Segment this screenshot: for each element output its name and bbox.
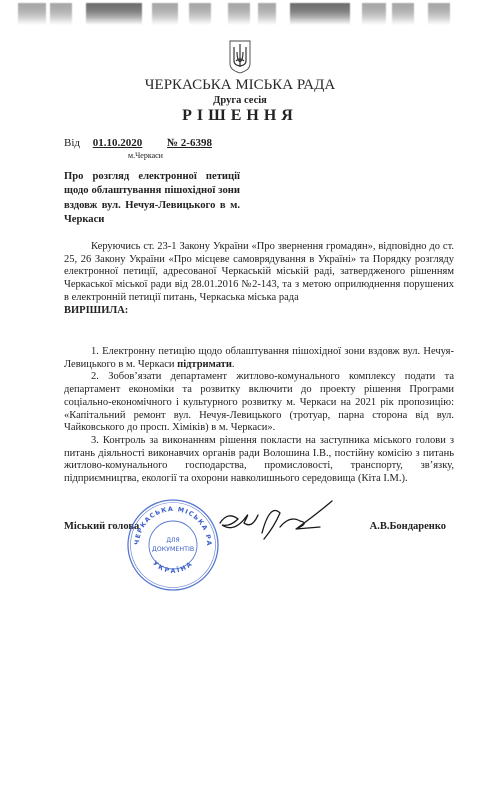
handwritten-signature [200,493,340,543]
from-label: Від [64,137,80,149]
decision-items: 1. Електронну петицію щодо облаштування … [64,346,454,486]
preamble-block: Керуючись ст. 23-1 Закону України «Про з… [64,241,454,317]
support-verdict: підтримати [177,359,232,370]
svg-text:УКРАЇНА: УКРАЇНА [151,560,195,575]
document-header: ЧЕРКАСЬКА МІСЬКА РАДА Друга сесія РІШЕНН… [0,40,480,125]
resolved-label: ВИРІШИЛА: [64,305,454,318]
signatory-name: А.В.Бондаренко [370,521,446,532]
city-label: м.Черкаси [128,151,163,160]
decision-item-3: 3. Контроль за виконанням рішення поклас… [64,435,454,486]
document-number: № 2-6398 [167,137,212,149]
svg-text:ДЛЯ: ДЛЯ [166,537,179,544]
decision-item-2: 2. Зобов’язати департамент житлово-комун… [64,371,454,435]
document-date: 01.10.2020 [93,137,143,149]
document-subject: Про розгляд електронної петиції щодо обл… [64,170,240,227]
document-type-title: РІШЕННЯ [0,107,480,125]
scan-artifact-bar [0,0,480,32]
session-label: Друга сесія [0,95,480,106]
svg-text:ДОКУМЕНТІВ: ДОКУМЕНТІВ [152,546,194,553]
decision-item-1: 1. Електронну петицію щодо облаштування … [64,346,454,371]
council-name: ЧЕРКАСЬКА МІСЬКА РАДА [0,77,480,94]
preamble-text: Керуючись ст. 23-1 Закону України «Про з… [64,241,454,305]
trident-coat-of-arms-icon [229,40,251,74]
document-meta: Від 01.10.2020 № 2-6398 [64,137,212,149]
